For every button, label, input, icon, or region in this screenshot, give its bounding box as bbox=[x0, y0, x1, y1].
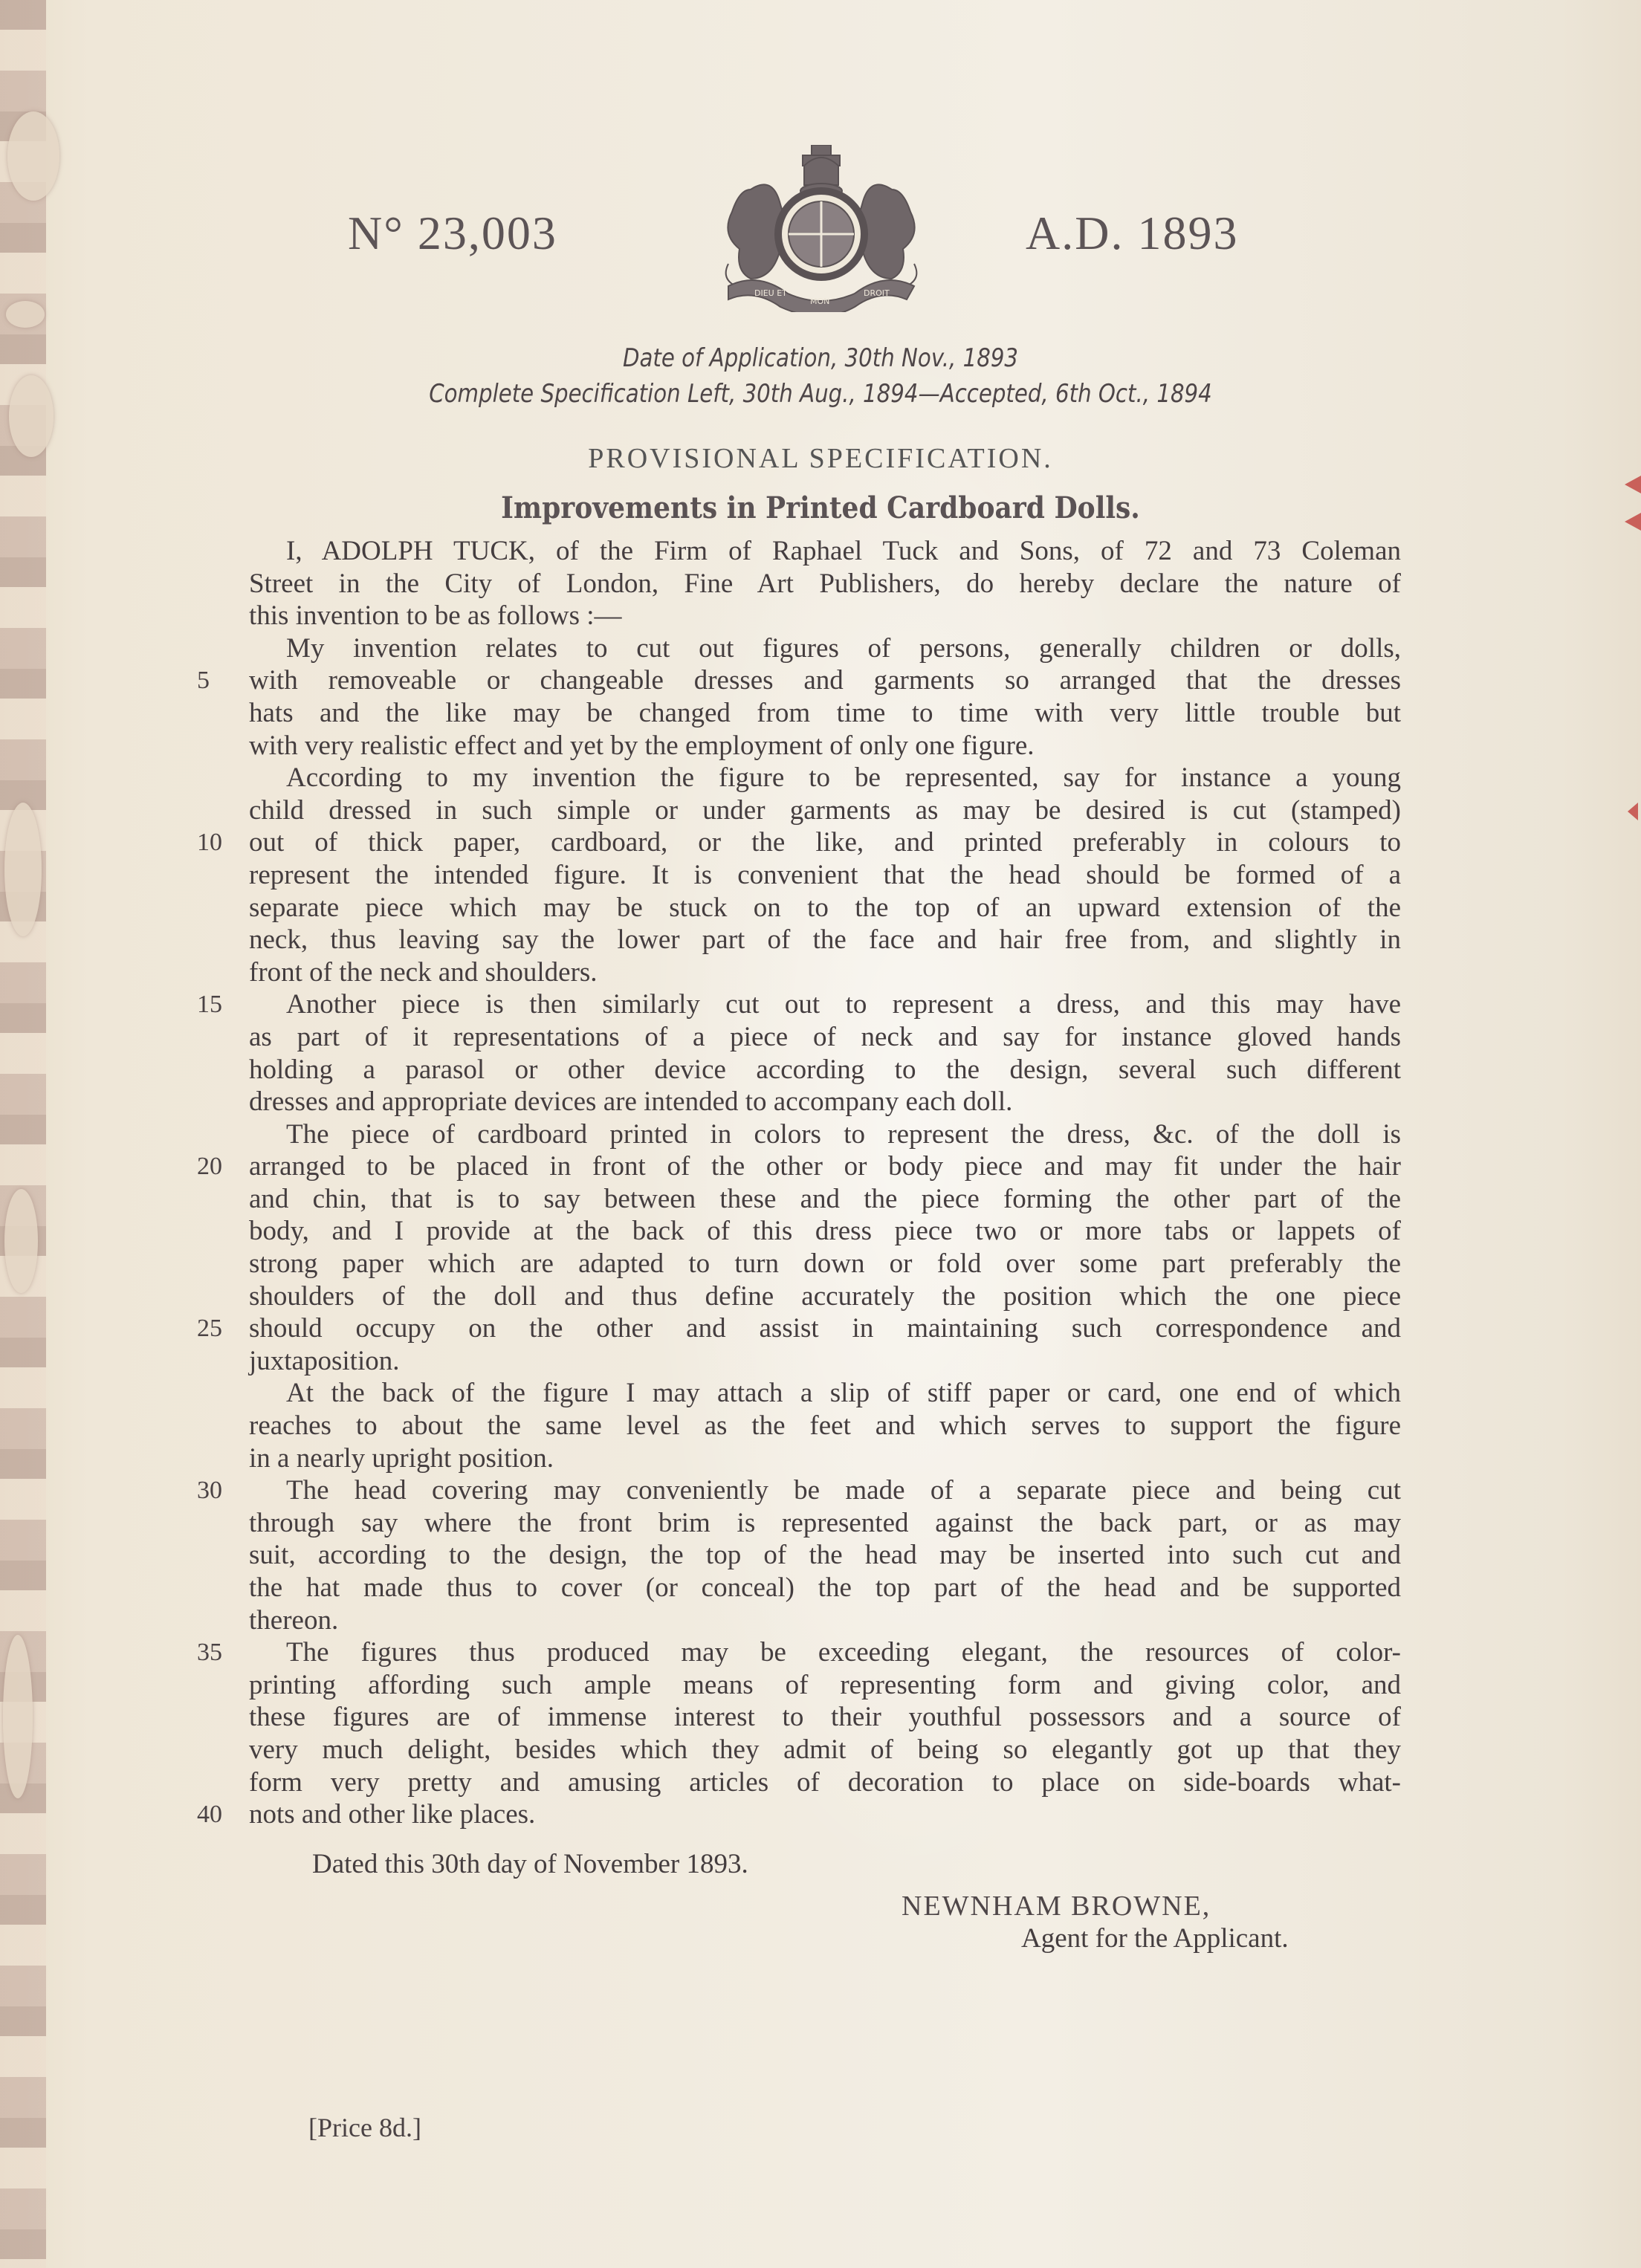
body-line: neck, thus leaving say the lower part of… bbox=[249, 924, 1401, 956]
body-line-text: At the back of the figure I may attach a… bbox=[286, 1378, 1401, 1408]
agent-role: Agent for the Applicant. bbox=[1021, 1922, 1289, 1954]
body-line-text: dresses and appropriate devices are inte… bbox=[249, 1086, 1012, 1117]
edge-stain bbox=[1625, 476, 1641, 493]
body-line: I, ADOLPH TUCK, of the Firm of Raphael T… bbox=[249, 535, 1401, 568]
body-line-text: The piece of cardboard printed in colors… bbox=[286, 1119, 1401, 1150]
body-line-text: Another piece is then similarly cut out … bbox=[286, 989, 1401, 1020]
body-line: At the back of the figure I may attach a… bbox=[249, 1377, 1401, 1410]
body-line: this invention to be as follows :— bbox=[249, 600, 1401, 632]
body-line: suit, according to the design, the top o… bbox=[249, 1539, 1401, 1572]
body-line: dresses and appropriate devices are inte… bbox=[249, 1086, 1401, 1118]
document-title: Improvements in Printed Cardboard Dolls. bbox=[82, 490, 1559, 525]
body-line: My invention relates to cut out figures … bbox=[249, 632, 1401, 665]
line-number: 10 bbox=[197, 826, 227, 859]
body-line: printing affording such ample means of r… bbox=[249, 1669, 1401, 1702]
line-number: 35 bbox=[197, 1636, 227, 1669]
body-line: strong paper which are adapted to turn d… bbox=[249, 1248, 1401, 1280]
line-number: 20 bbox=[197, 1150, 227, 1183]
agent-name: NEWNHAM BROWNE, bbox=[902, 1890, 1211, 1922]
specification-body: I, ADOLPH TUCK, of the Firm of Raphael T… bbox=[249, 535, 1401, 1831]
body-line-text: should occupy on the other and assist in… bbox=[249, 1313, 1401, 1344]
binding-tear bbox=[4, 1189, 38, 1293]
body-line: The piece of cardboard printed in colors… bbox=[249, 1118, 1401, 1151]
body-line: with very realistic effect and yet by th… bbox=[249, 730, 1401, 762]
edge-stain bbox=[1625, 513, 1641, 531]
body-line-text: form very pretty and amusing articles of… bbox=[249, 1767, 1401, 1798]
body-line-text: shoulders of the doll and thus define ac… bbox=[249, 1281, 1401, 1312]
body-line-text: body, and I provide at the back of this … bbox=[249, 1216, 1401, 1246]
body-line: thereon. bbox=[249, 1604, 1401, 1637]
edge-stain bbox=[1628, 803, 1638, 820]
body-line-text: holding a parasol or other device accord… bbox=[249, 1054, 1401, 1085]
body-line-text: in a nearly upright position. bbox=[249, 1443, 554, 1474]
line-number: 40 bbox=[197, 1798, 227, 1831]
body-line: holding a parasol or other device accord… bbox=[249, 1054, 1401, 1086]
patent-year: A.D. 1893 bbox=[1026, 206, 1238, 261]
binding-tear bbox=[6, 301, 45, 328]
body-line-text: suit, according to the design, the top o… bbox=[249, 1540, 1401, 1570]
body-line-text: reaches to about the same level as the f… bbox=[249, 1410, 1401, 1441]
body-line-text: neck, thus leaving say the lower part of… bbox=[249, 924, 1401, 955]
body-line: The head covering may conveniently be ma… bbox=[249, 1474, 1401, 1507]
body-line: juxtaposition. bbox=[249, 1345, 1401, 1378]
body-line: arranged to be placed in front of the ot… bbox=[249, 1150, 1401, 1183]
torn-binding-edge bbox=[0, 0, 46, 2268]
body-line-text: with very realistic effect and yet by th… bbox=[249, 730, 1035, 761]
body-line: The figures thus produced may be exceedi… bbox=[249, 1636, 1401, 1669]
body-line-text: printing affording such ample means of r… bbox=[249, 1670, 1401, 1700]
body-line-text: I, ADOLPH TUCK, of the Firm of Raphael T… bbox=[286, 536, 1401, 566]
body-line: Street in the City of London, Fine Art P… bbox=[249, 568, 1401, 600]
body-line: in a nearly upright position. bbox=[249, 1442, 1401, 1475]
body-line: and chin, that is to say between these a… bbox=[249, 1183, 1401, 1216]
body-line: front of the neck and shoulders. bbox=[249, 956, 1401, 989]
body-line-text: separate piece which may be stuck on to … bbox=[249, 892, 1401, 923]
body-line: form very pretty and amusing articles of… bbox=[249, 1766, 1401, 1799]
body-line-text: According to my invention the figure to … bbox=[286, 762, 1401, 793]
dated-line: Dated this 30th day of November 1893. bbox=[312, 1848, 748, 1880]
body-line-text: nots and other like places. bbox=[249, 1799, 535, 1830]
patent-number: N° 23,003 bbox=[348, 206, 557, 261]
body-line: body, and I provide at the back of this … bbox=[249, 1215, 1401, 1248]
body-line-text: with removeable or changeable dresses an… bbox=[249, 665, 1401, 696]
body-line: hats and the like may be changed from ti… bbox=[249, 697, 1401, 730]
body-line-text: very much delight, besides which they ad… bbox=[249, 1734, 1401, 1765]
body-line: Another piece is then similarly cut out … bbox=[249, 988, 1401, 1021]
body-line-text: and chin, that is to say between these a… bbox=[249, 1184, 1401, 1214]
body-line: out of thick paper, cardboard, or the li… bbox=[249, 826, 1401, 859]
complete-specification-date: Complete Specification Left, 30th Aug., … bbox=[115, 379, 1527, 409]
body-line-text: My invention relates to cut out figures … bbox=[286, 633, 1401, 664]
body-line-text: the hat made thus to cover (or conceal) … bbox=[249, 1572, 1401, 1603]
body-line: these figures are of immense interest to… bbox=[249, 1701, 1401, 1734]
body-line-text: strong paper which are adapted to turn d… bbox=[249, 1248, 1401, 1279]
body-line: shoulders of the doll and thus define ac… bbox=[249, 1280, 1401, 1313]
body-line: separate piece which may be stuck on to … bbox=[249, 892, 1401, 924]
body-line: nots and other like places.40 bbox=[249, 1798, 1401, 1831]
body-line-text: thereon. bbox=[249, 1605, 338, 1636]
body-line: the hat made thus to cover (or conceal) … bbox=[249, 1572, 1401, 1604]
binding-tear bbox=[4, 803, 42, 936]
body-line: According to my invention the figure to … bbox=[249, 762, 1401, 794]
line-number: 30 bbox=[197, 1474, 227, 1507]
body-line-text: front of the neck and shoulders. bbox=[249, 957, 598, 988]
line-number: 15 bbox=[197, 988, 227, 1021]
body-line-text: child dressed in such simple or under ga… bbox=[249, 795, 1401, 826]
body-line: with removeable or changeable dresses an… bbox=[249, 664, 1401, 697]
body-line-text: The figures thus produced may be exceedi… bbox=[286, 1637, 1401, 1668]
binding-tear bbox=[3, 1635, 33, 1798]
svg-text:DIEU ET: DIEU ET bbox=[754, 288, 787, 298]
body-line-text: through say where the front brim is repr… bbox=[249, 1508, 1401, 1538]
body-line: as part of it representations of a piece… bbox=[249, 1021, 1401, 1054]
body-line-text: juxtaposition. bbox=[249, 1346, 399, 1376]
body-line-text: these figures are of immense interest to… bbox=[249, 1702, 1401, 1732]
body-line: represent the intended figure. It is con… bbox=[249, 859, 1401, 892]
svg-text:DROIT: DROIT bbox=[864, 288, 890, 298]
body-line-text: out of thick paper, cardboard, or the li… bbox=[249, 827, 1401, 858]
binding-tear bbox=[7, 111, 59, 201]
body-line: child dressed in such simple or under ga… bbox=[249, 794, 1401, 827]
body-line: very much delight, besides which they ad… bbox=[249, 1734, 1401, 1766]
body-line: reaches to about the same level as the f… bbox=[249, 1410, 1401, 1442]
body-line-text: arranged to be placed in front of the ot… bbox=[249, 1151, 1401, 1182]
body-line-text: this invention to be as follows :— bbox=[249, 600, 622, 631]
body-line-text: hats and the like may be changed from ti… bbox=[249, 698, 1401, 728]
line-number: 25 bbox=[197, 1312, 227, 1345]
body-line-text: The head covering may conveniently be ma… bbox=[286, 1475, 1401, 1506]
body-line-text: represent the intended figure. It is con… bbox=[249, 860, 1401, 890]
price-label: [Price 8d.] bbox=[308, 2112, 421, 2143]
svg-text:MON: MON bbox=[810, 297, 829, 306]
specification-heading: PROVISIONAL SPECIFICATION. bbox=[0, 442, 1641, 475]
body-line-text: as part of it representations of a piece… bbox=[249, 1022, 1401, 1052]
line-number: 5 bbox=[197, 664, 227, 697]
body-line-text: Street in the City of London, Fine Art P… bbox=[249, 568, 1401, 599]
application-date: Date of Application, 30th Nov., 1893 bbox=[115, 343, 1527, 373]
body-line: should occupy on the other and assist in… bbox=[249, 1312, 1401, 1345]
body-line: through say where the front brim is repr… bbox=[249, 1507, 1401, 1540]
royal-coat-of-arms-icon: DIEU ET MON DROIT bbox=[684, 145, 959, 312]
